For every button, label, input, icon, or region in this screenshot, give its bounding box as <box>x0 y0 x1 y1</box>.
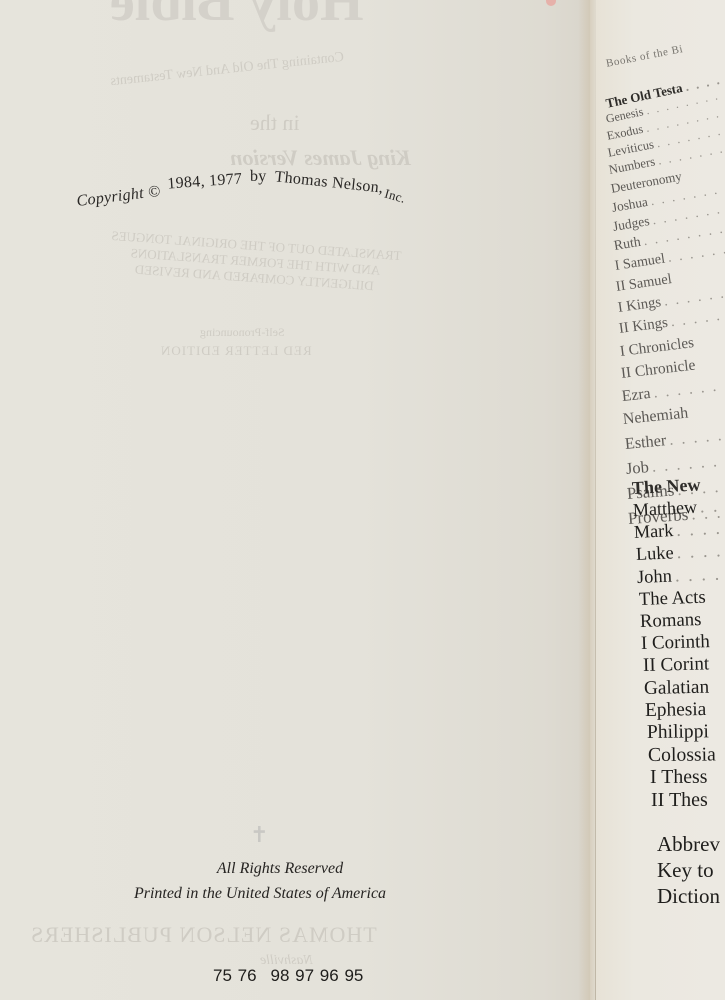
copyright-publisher: Thomas Nelson, <box>274 168 384 197</box>
toc-leader-dots: . . . . . . . . <box>676 538 725 562</box>
rights-block: All Rights Reserved Printed in the Unite… <box>95 856 425 906</box>
toc-entry: Key to <box>657 858 714 883</box>
toc-entry: Galatian <box>644 676 710 699</box>
toc-entry-label: Luke <box>635 543 673 565</box>
toc-leader-dots: . . . . . . . . <box>676 515 725 540</box>
toc-entry-label: Philippi <box>647 721 709 743</box>
printing-numbers: 75 7698 97 96 95 <box>213 966 363 986</box>
toc-entry: II Thes <box>651 789 708 812</box>
toc-entry-label: I Thess <box>650 766 708 788</box>
toc-entry-label: II Thes <box>651 789 708 811</box>
toc-entry: The Acts <box>638 586 705 610</box>
copyright-by: by <box>250 168 267 186</box>
ghost-self-pronouncing: Self-Pronouncing <box>200 325 285 340</box>
rights-reserved: All Rights Reserved <box>115 856 445 881</box>
toc-entry-label: John <box>637 565 673 586</box>
toc-entry: II Corint <box>642 654 709 678</box>
toc-entry-label: Ezra <box>621 385 651 405</box>
bible-spread: Holy Bible Containing The Old And New Te… <box>0 0 725 1000</box>
toc-entry: Romans <box>640 609 702 633</box>
ghost-containing: Containing The Old And New Testaments <box>110 50 345 90</box>
toc-entry-label: Galatian <box>644 676 710 698</box>
toc-entry-label: The New <box>631 474 700 498</box>
copyright-suffix: Inc. <box>383 186 408 207</box>
toc-entry: I Corinth <box>641 631 710 655</box>
ghost-publisher: THOMAS NELSON PUBLISHERS <box>30 922 377 948</box>
toc-entry-label: Matthew <box>632 497 697 520</box>
toc-entry-label: I Corinth <box>641 631 710 654</box>
toc-leader-dots: . . . . . . . . <box>675 561 725 585</box>
copyright-page: Holy Bible Containing The Old And New Te… <box>0 0 590 1000</box>
printing-years: 75 76 <box>213 966 257 985</box>
ghost-red-letter: RED LETTER EDITION <box>160 343 312 359</box>
toc-entry: Philippi <box>647 721 709 744</box>
ghost-title: Holy Bible <box>110 0 364 34</box>
toc-entry: Abbrev <box>657 832 720 857</box>
toc-entry-label: Colossia <box>648 744 716 767</box>
toc-entry-label: Romans <box>640 609 702 632</box>
toc-entry: Diction <box>657 884 720 909</box>
toc-entry: Ephesia <box>645 699 707 722</box>
printing-impressions: 98 97 96 95 <box>271 966 364 985</box>
toc-entry-label: II Corint <box>642 654 709 677</box>
toc-section-heading: The New <box>631 474 701 499</box>
ghost-translated: TRANSLATED OUT OF THE ORIGINAL TONGUES A… <box>109 228 402 296</box>
toc-entry-label: Diction <box>657 884 720 908</box>
copyright-prefix: Copyright © <box>76 183 162 211</box>
copyright-years: 1984, 1977 <box>166 170 242 193</box>
toc-entry-label: Mark <box>634 520 674 542</box>
toc-entry-label: Key to <box>657 858 714 882</box>
toc-entry-label: Abbrev <box>657 832 720 856</box>
toc-entry-label: Job <box>625 457 649 478</box>
toc-entry: Colossia <box>648 744 716 768</box>
printed-in: Printed in the United States of America <box>95 881 425 906</box>
toc-entry: I Thess <box>650 766 708 789</box>
toc-entry-label: The Acts <box>638 586 705 609</box>
cross-icon: ✝ <box>250 822 268 848</box>
copyright-line: Copyright © 1984, 1977 by Thomas Nelson,… <box>74 168 411 186</box>
ghost-in-the: in the <box>250 110 300 136</box>
toc-entry-label: Esther <box>624 431 667 453</box>
toc-entry-label: Ephesia <box>645 699 707 721</box>
